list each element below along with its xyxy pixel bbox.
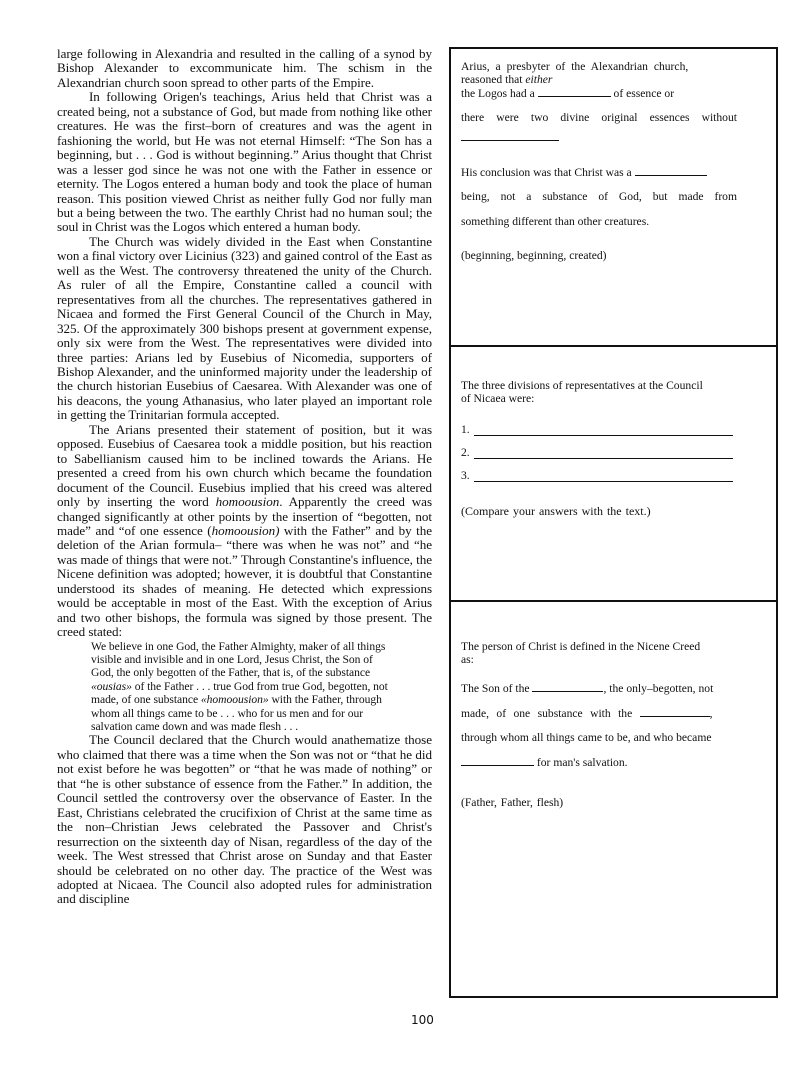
italic-term: «homoousion» <box>201 693 269 706</box>
text-line: something different than other creatures… <box>461 215 737 228</box>
fill-in-blank[interactable] <box>538 86 611 97</box>
answer-key: (beginning, beginning, created) <box>461 249 737 262</box>
fill-in-blank[interactable] <box>461 755 534 766</box>
italic-term: «ousias» <box>91 680 132 693</box>
text-line: through whom all things came to be, and … <box>461 731 737 744</box>
text-line: there were two divine original essences … <box>461 111 737 124</box>
text-span: His conclusion was that Christ was a <box>461 166 635 179</box>
text-line: (Compare your answers with the text.) <box>461 505 737 518</box>
fill-in-blank[interactable] <box>640 706 710 717</box>
text-line: of Nicaea were: <box>461 392 737 405</box>
text-span: , the only–begotten, not <box>603 682 713 695</box>
paragraph: The Council declared that the Church wou… <box>57 733 432 906</box>
fill-in-blank[interactable] <box>474 471 733 482</box>
answer-key: (Father, Father, flesh) <box>461 796 737 809</box>
main-text-column: large following in Alexandria and result… <box>57 47 432 907</box>
box-text: Arius, a presbyter of the Alexandrian ch… <box>461 60 737 100</box>
text-line: The Son of the , the only–begotten, not <box>461 681 737 695</box>
paragraph: The Arians presented their statement of … <box>57 423 432 640</box>
fill-in-blank[interactable] <box>532 681 603 692</box>
item-number: 3. <box>461 469 470 482</box>
fill-in-blank[interactable] <box>461 140 559 141</box>
text-span: The Son of the <box>461 682 532 695</box>
paragraph: The Church was widely divided in the Eas… <box>57 235 432 423</box>
paragraph: In following Origen's teachings, Arius h… <box>57 90 432 235</box>
study-box-arius: Arius, a presbyter of the Alexandrian ch… <box>449 47 778 347</box>
text-line: The person of Christ is defined in the N… <box>461 640 737 653</box>
text-span: We believe in one God, the Father Almigh… <box>91 640 385 680</box>
italic-term: either <box>525 73 552 86</box>
text-line: for man's salvation. <box>461 755 737 769</box>
text-span: , <box>710 707 713 720</box>
item-number: 2. <box>461 446 470 459</box>
text-span: of essence or <box>611 87 674 100</box>
answer-line-2[interactable]: 2. <box>461 446 733 459</box>
text-span: reasoned that <box>461 73 525 86</box>
fill-in-blank[interactable] <box>474 448 733 459</box>
fill-in-blank[interactable] <box>635 165 707 176</box>
text-line: His conclusion was that Christ was a <box>461 165 737 179</box>
text-span: the Logos had a <box>461 87 538 100</box>
text-span: with the Father” and by the deletion of … <box>57 523 432 639</box>
answer-line-3[interactable]: 3. <box>461 469 733 482</box>
study-box-nicene-creed: The person of Christ is defined in the N… <box>449 600 778 998</box>
text-span: made, of one substance with the <box>461 707 640 720</box>
study-box-divisions: The three divisions of representatives a… <box>449 345 778 602</box>
text-line: made, of one substance with the , <box>461 706 737 720</box>
paragraph: large following in Alexandria and result… <box>57 47 432 90</box>
text-line: The three divisions of representatives a… <box>461 379 737 392</box>
page-number: 100 <box>411 1013 434 1027</box>
item-number: 1. <box>461 423 470 436</box>
italic-term: homoousion) <box>212 523 280 538</box>
text-line: Arius, a presbyter of the Alexandrian ch… <box>461 60 737 73</box>
fill-in-blank[interactable] <box>474 425 733 436</box>
italic-term: homoousion <box>216 494 280 509</box>
text-line: as: <box>461 653 737 666</box>
text-span: for man's salvation. <box>534 756 628 769</box>
creed-quote: We believe in one God, the Father Almigh… <box>91 640 391 734</box>
answer-line-1[interactable]: 1. <box>461 423 733 436</box>
text-line: being, not a substance of God, but made … <box>461 190 737 203</box>
